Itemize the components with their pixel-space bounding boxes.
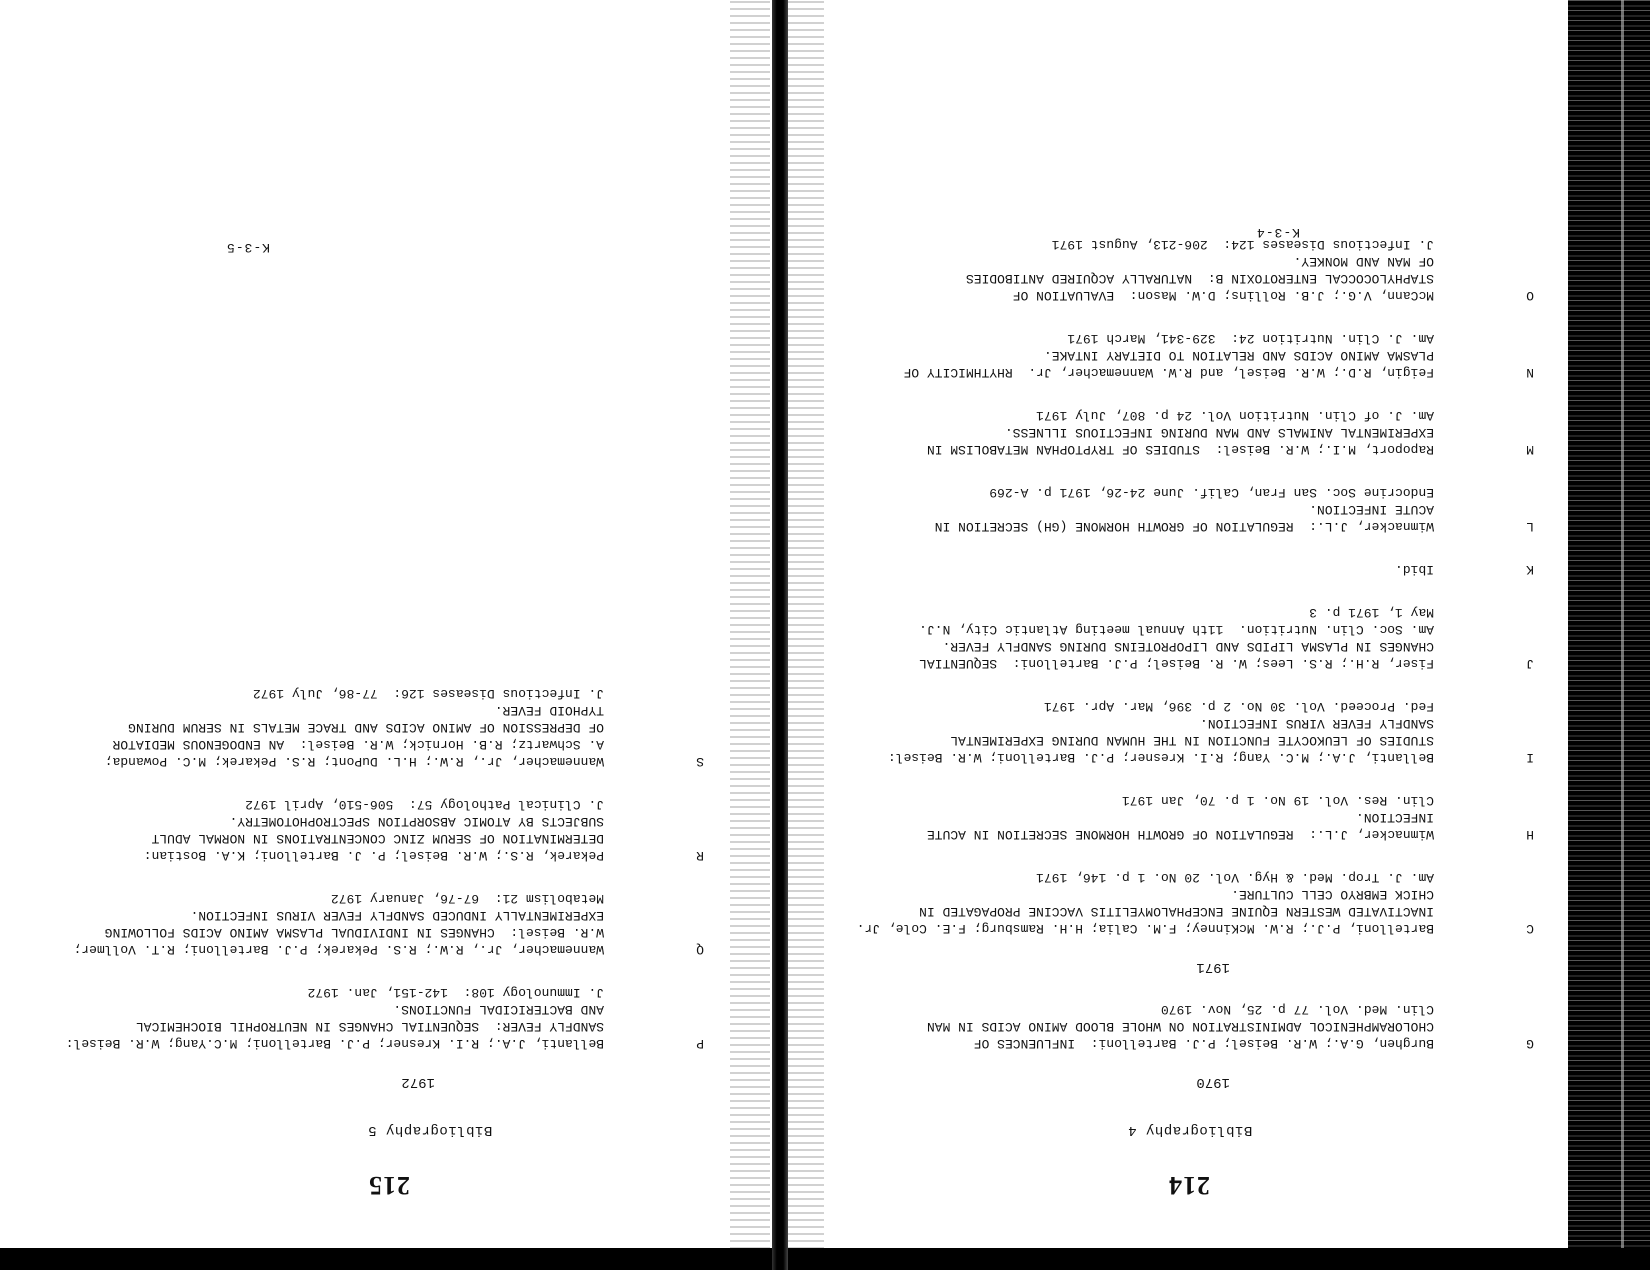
entry-key: C <box>1434 869 1540 937</box>
entry-citation: Feigin, R.D.; W.R. Beisel, and R.W. Wann… <box>800 330 1434 381</box>
entry-key: I <box>1434 698 1540 766</box>
bibliography-entry: PBellanti, J.A.; R.I. Kresner; P.J. Bart… <box>30 984 710 1052</box>
entry-key: N <box>1434 330 1540 381</box>
binding-gutter <box>772 0 788 1270</box>
bibliography-entry: GBurghen, G.A.; W.R. Beisel; P.J. Bartel… <box>800 1001 1540 1052</box>
book-edge-shadow <box>1568 0 1650 1270</box>
bibliography-entry: KIbid. <box>800 561 1540 578</box>
entry-key: P <box>604 984 710 1052</box>
entry-key: M <box>1434 407 1540 458</box>
entry-key: H <box>1434 792 1540 843</box>
bibliography-entry: CBartelloni, P.J.; R.W. McKinney; F.M. C… <box>800 869 1540 937</box>
page-code: K-3-5 <box>226 240 270 255</box>
entry-citation: Bartelloni, P.J.; R.W. McKinney; F.M. Ca… <box>800 869 1434 937</box>
entry-citation: Ibid. <box>800 561 1434 578</box>
page-215: 215 Bibliography 5 1972PBellanti, J.A.; … <box>30 30 710 1230</box>
page-number: 214 <box>1168 1170 1210 1200</box>
page-heading: Bibliography 4 <box>820 1122 1560 1138</box>
entry-key: K <box>1434 561 1540 578</box>
entry-key: R <box>604 796 710 864</box>
entry-key: S <box>604 685 710 770</box>
bibliography-entry: RPekarek, R.S.; W.R. Beisel; P. J. Barte… <box>30 796 710 864</box>
entry-citation: Pekarek, R.S.; W.R. Beisel; P. J. Bartel… <box>30 796 604 864</box>
page-number: 215 <box>368 1170 410 1200</box>
entry-citation: Wannemacher, Jr., R.W.; R.S. Pekarek; P.… <box>30 890 604 958</box>
entry-citation: Burghen, G.A.; W.R. Beisel; P.J. Bartell… <box>800 1001 1434 1052</box>
year-heading: 1971 <box>800 959 1540 975</box>
bibliography-list: 1970GBurghen, G.A.; W.R. Beisel; P.J. Ba… <box>800 210 1540 1090</box>
bibliography-entry: HWimnacker, J.L.: REGULATION OF GROWTH H… <box>800 792 1540 843</box>
year-heading: 1972 <box>30 1074 710 1090</box>
bibliography-entry: OMcCann, V.G.; J.B. Rollins; D.W. Mason:… <box>800 236 1540 304</box>
bibliography-entry: MRapoport, M.I.; W.R. Beisel: STUDIES OF… <box>800 407 1540 458</box>
bibliography-entry: IBellanti, J.A.; M.C. Yang; R.I. Kresner… <box>800 698 1540 766</box>
page-heading: Bibliography 5 <box>90 1122 770 1138</box>
bibliography-entry: JFiser, R.H.; R.S. Lees; W. R. Beisel; P… <box>800 604 1540 672</box>
entry-citation: Fiser, R.H.; R.S. Lees; W. R. Beisel; P.… <box>800 604 1434 672</box>
bibliography-entry: SWannemacher, Jr., R.W.; H.L. DuPont; R.… <box>30 685 710 770</box>
gutter-noise <box>730 0 770 1270</box>
bibliography-list: 1972PBellanti, J.A.; R.I. Kresner; P.J. … <box>30 659 710 1090</box>
entry-key: G <box>1434 1001 1540 1052</box>
entry-citation: Bellanti, J.A.; M.C. Yang; R.I. Kresner;… <box>800 698 1434 766</box>
entry-key: O <box>1434 236 1540 304</box>
page-214: 214 Bibliography 4 1970GBurghen, G.A.; W… <box>800 30 1540 1230</box>
scan-border <box>0 1248 1650 1270</box>
entry-citation: McCann, V.G.; J.B. Rollins; D.W. Mason: … <box>800 236 1434 304</box>
bibliography-entry: NFeigin, R.D.; W.R. Beisel, and R.W. Wan… <box>800 330 1540 381</box>
entry-key: J <box>1434 604 1540 672</box>
entry-citation: Wannemacher, Jr., R.W.; H.L. DuPont; R.S… <box>30 685 604 770</box>
entry-citation: Wimnacker, J.L.: REGULATION OF GROWTH HO… <box>800 792 1434 843</box>
bibliography-entry: QWannemacher, Jr., R.W.; R.S. Pekarek; P… <box>30 890 710 958</box>
year-heading: 1970 <box>800 1074 1540 1090</box>
page-code: K-3-4 <box>1256 225 1300 240</box>
entry-citation: Rapoport, M.I.; W.R. Beisel: STUDIES OF … <box>800 407 1434 458</box>
entry-key: L <box>1434 484 1540 535</box>
entry-citation: Bellanti, J.A.; R.I. Kresner; P.J. Barte… <box>30 984 604 1052</box>
entry-citation: Wimnacker, J.L.: REGULATION OF GROWTH HO… <box>800 484 1434 535</box>
scanned-bibliography-spread: 214 Bibliography 4 1970GBurghen, G.A.; W… <box>0 0 1650 1270</box>
entry-key: Q <box>604 890 710 958</box>
bibliography-entry: LWimnacker, J.L.: REGULATION OF GROWTH H… <box>800 484 1540 535</box>
